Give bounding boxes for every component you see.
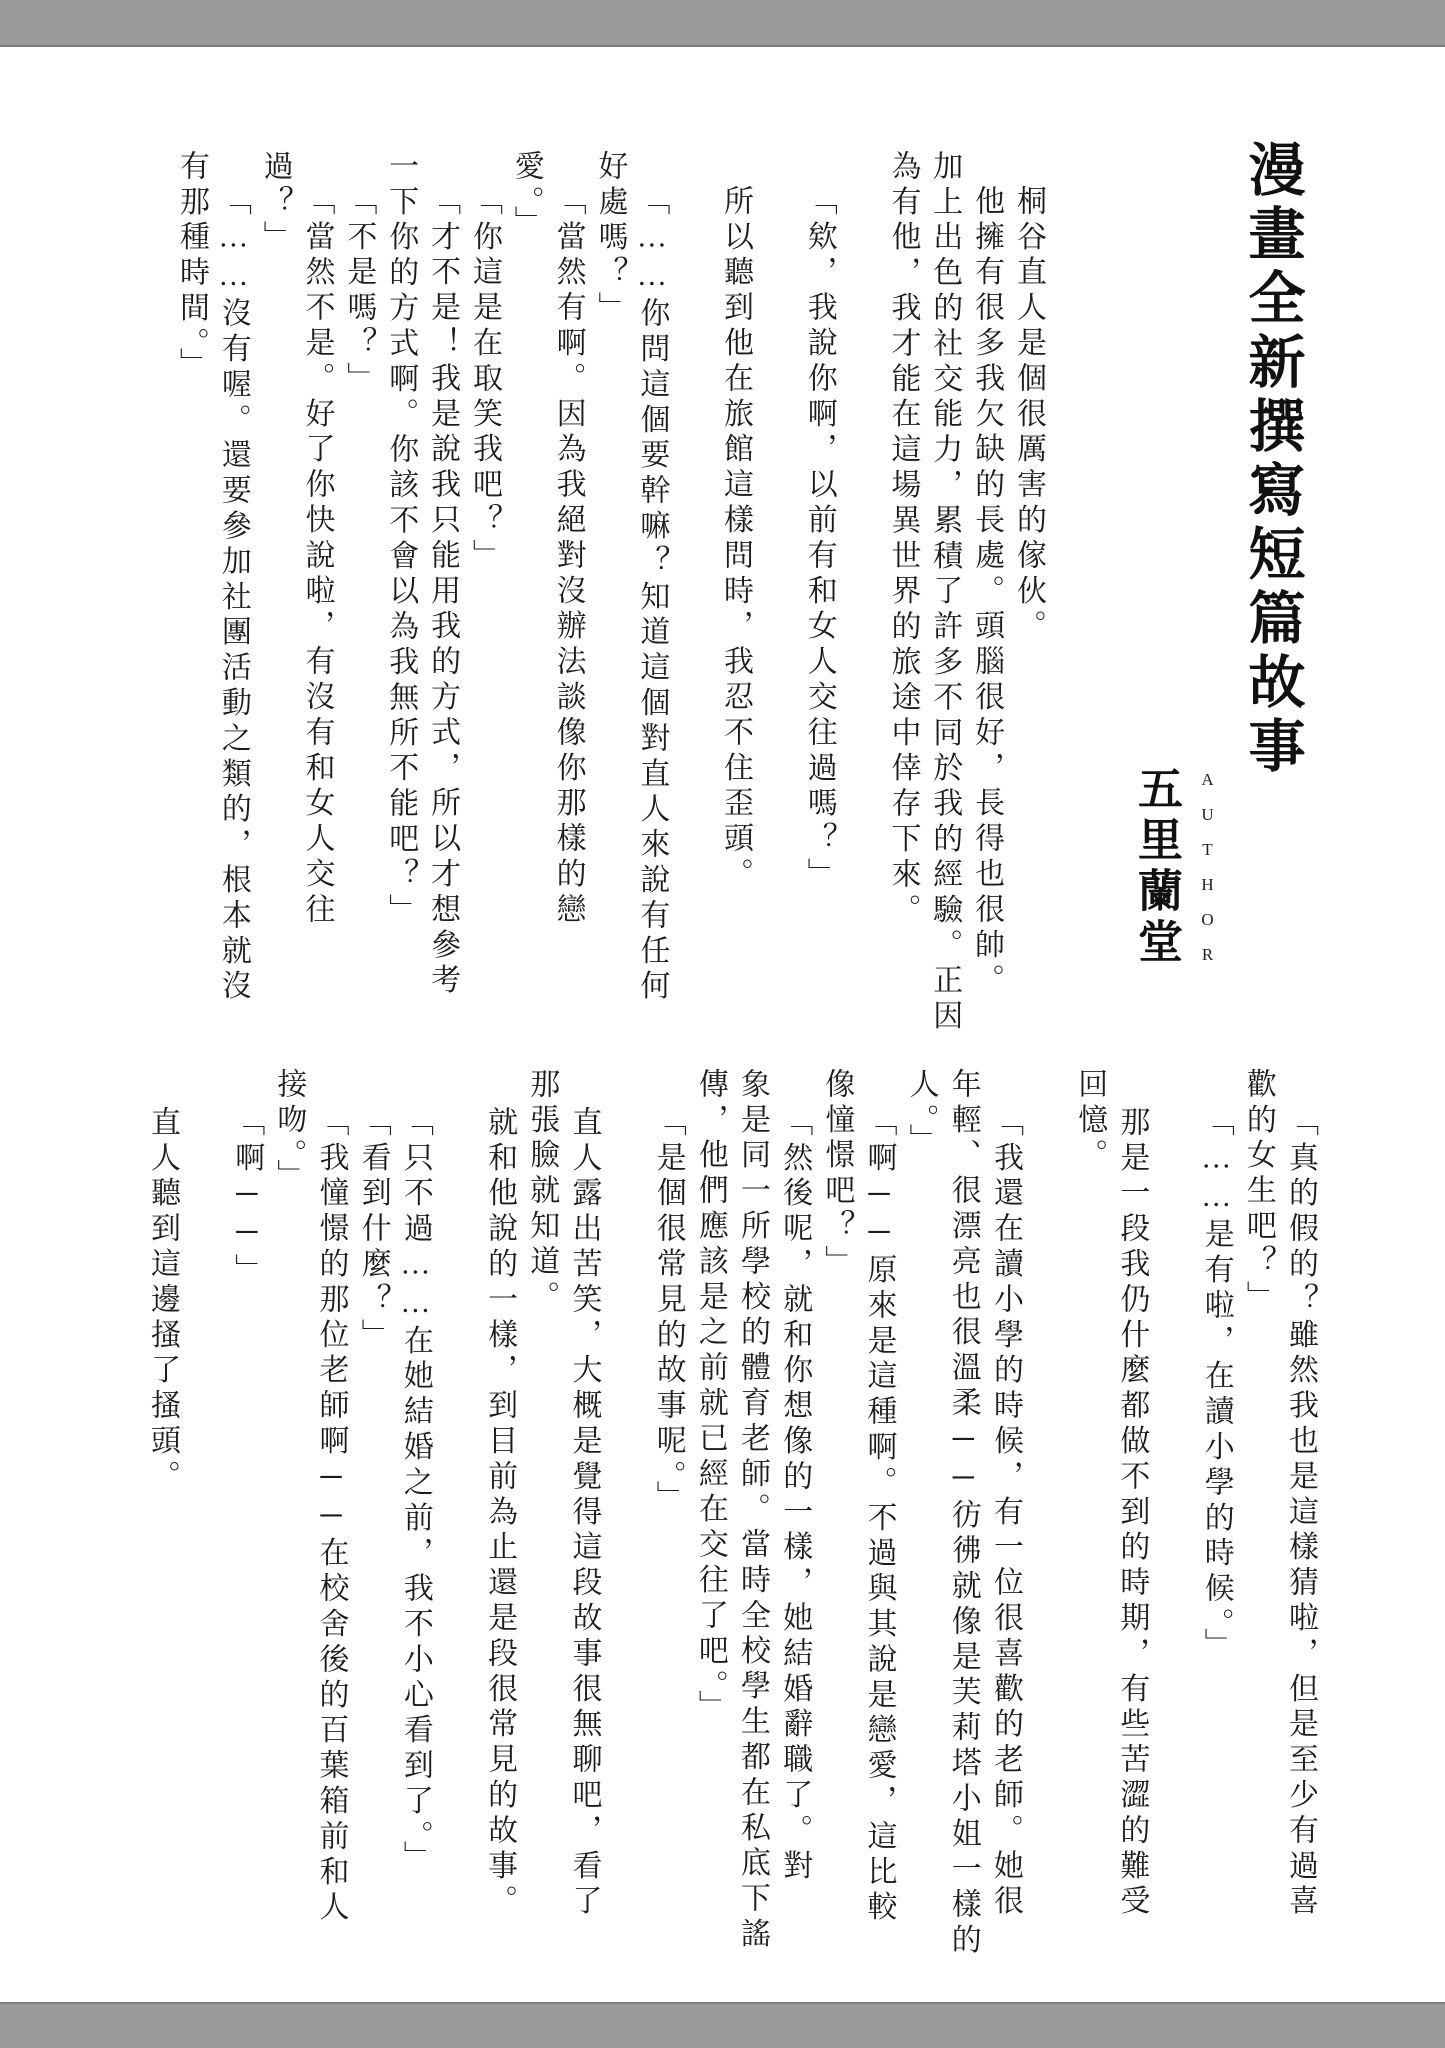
text-column: 「啊──」	[231, 1106, 262, 1289]
text-column: 「……沒有喔。還要參加社團活動之類的，根本就沒	[218, 185, 249, 1005]
book-page: 漫畫全新撰寫短篇故事 AUTHOR 五里蘭堂 桐谷直人是個很厲害的傢伙。他擁有很…	[0, 0, 1445, 2048]
text-column: 人。」	[906, 1068, 937, 1159]
text-column: 「你這是在取笑我吧？」	[469, 185, 500, 574]
text-column: 「……是有啦，在讀小學的時候。」	[1201, 1106, 1232, 1663]
text-column: 「才不是！我是說我只能用我的方式，所以才想參考	[427, 185, 458, 999]
text-column: 傳，他們應該是之前就已經在交往了吧。」	[695, 1068, 726, 1726]
text-column: 「是個很常見的故事呢。」	[653, 1106, 684, 1516]
author-name: 五里蘭堂	[1131, 765, 1181, 969]
text-column: 那張臉就知道。	[526, 1068, 557, 1316]
author-label: AUTHOR	[1194, 770, 1220, 980]
text-column: 像憧憬吧？」	[821, 1068, 852, 1280]
text-column: 他擁有很多我欠缺的長處。頭腦很好，長得也很帥。	[971, 185, 1002, 999]
page-title: 漫畫全新撰寫短篇故事	[1240, 140, 1304, 780]
text-column: 為有他，我才能在這場異世界的旅途中倖存下來。	[887, 150, 918, 929]
text-column: 象是同一所學校的體育老師。當時全校學生都在私底下謠	[737, 1068, 768, 1953]
text-column: 就和他說的一樣，到目前為止還是段很常見的故事。	[484, 1106, 515, 1920]
bottom-letterbox-bar	[0, 2002, 1445, 2048]
text-column: 直人露出苦笑，大概是覺得這段故事很無聊吧，看了	[568, 1106, 599, 1920]
text-column: 愛。」	[511, 150, 542, 241]
text-column: 回憶。	[1074, 1068, 1105, 1174]
text-column: 「真的假的？雖然我也是這樣猜啦，但是至少有過喜	[1285, 1106, 1316, 1920]
text-column: 好處嗎？」	[595, 150, 626, 327]
text-column: 桐谷直人是個很厲害的傢伙。	[1013, 185, 1044, 645]
text-column: 「我還在讀小學的時候，有一位很喜歡的老師。她很	[990, 1106, 1021, 1920]
text-column: 加上出色的社交能力，累積了許多不同於我的經驗。正因	[929, 150, 960, 1035]
text-column: 「我憧憬的那位老師啊──在校舍後的百葉箱前和人	[316, 1106, 347, 1926]
text-column: 所以聽到他在旅館這樣問時，我忍不住歪頭。	[720, 185, 751, 893]
text-column: 直人聽到這邊搔了搔頭。	[147, 1106, 178, 1495]
text-column: 「看到什麼？」	[358, 1106, 389, 1354]
text-column: 過？」	[260, 150, 291, 256]
text-column: 那是一段我仍什麼都做不到的時期，有些苦澀的難受	[1116, 1106, 1147, 1920]
text-column: 年輕、很漂亮也很溫柔──彷彿就像是芙莉塔小姐一樣的	[948, 1068, 979, 1959]
text-column: 「然後呢，就和你想像的一樣，她結婚辭職了。對	[779, 1106, 810, 1885]
text-column: 接吻。」	[273, 1068, 304, 1195]
text-column: 「當然不是。好了你快說啦，有沒有和女人交往	[302, 185, 333, 928]
text-column: 「不是嗎？」	[343, 185, 374, 397]
text-column: 「欸，我說你啊，以前有和女人交往過嗎？」	[804, 185, 835, 893]
text-column: 歡的女生吧？」	[1243, 1068, 1274, 1316]
text-column: 一下你的方式啊。你該不會以為我無所不能吧？」	[385, 150, 416, 929]
text-column: 「……你問這個要幹嘛？知道這個對直人來說有任何	[636, 185, 667, 1005]
top-letterbox-bar	[0, 0, 1445, 47]
text-column: 有那種時間。」	[176, 150, 207, 383]
text-column: 「啊──原來是這種啊。不過與其說是戀愛，這比較	[864, 1106, 895, 1926]
text-column: 「當然有啊。因為我絕對沒辦法談像你那樣的戀	[553, 185, 584, 928]
text-column: 「只不過……在她結婚之前，我不小心看到了。」	[400, 1106, 431, 1876]
